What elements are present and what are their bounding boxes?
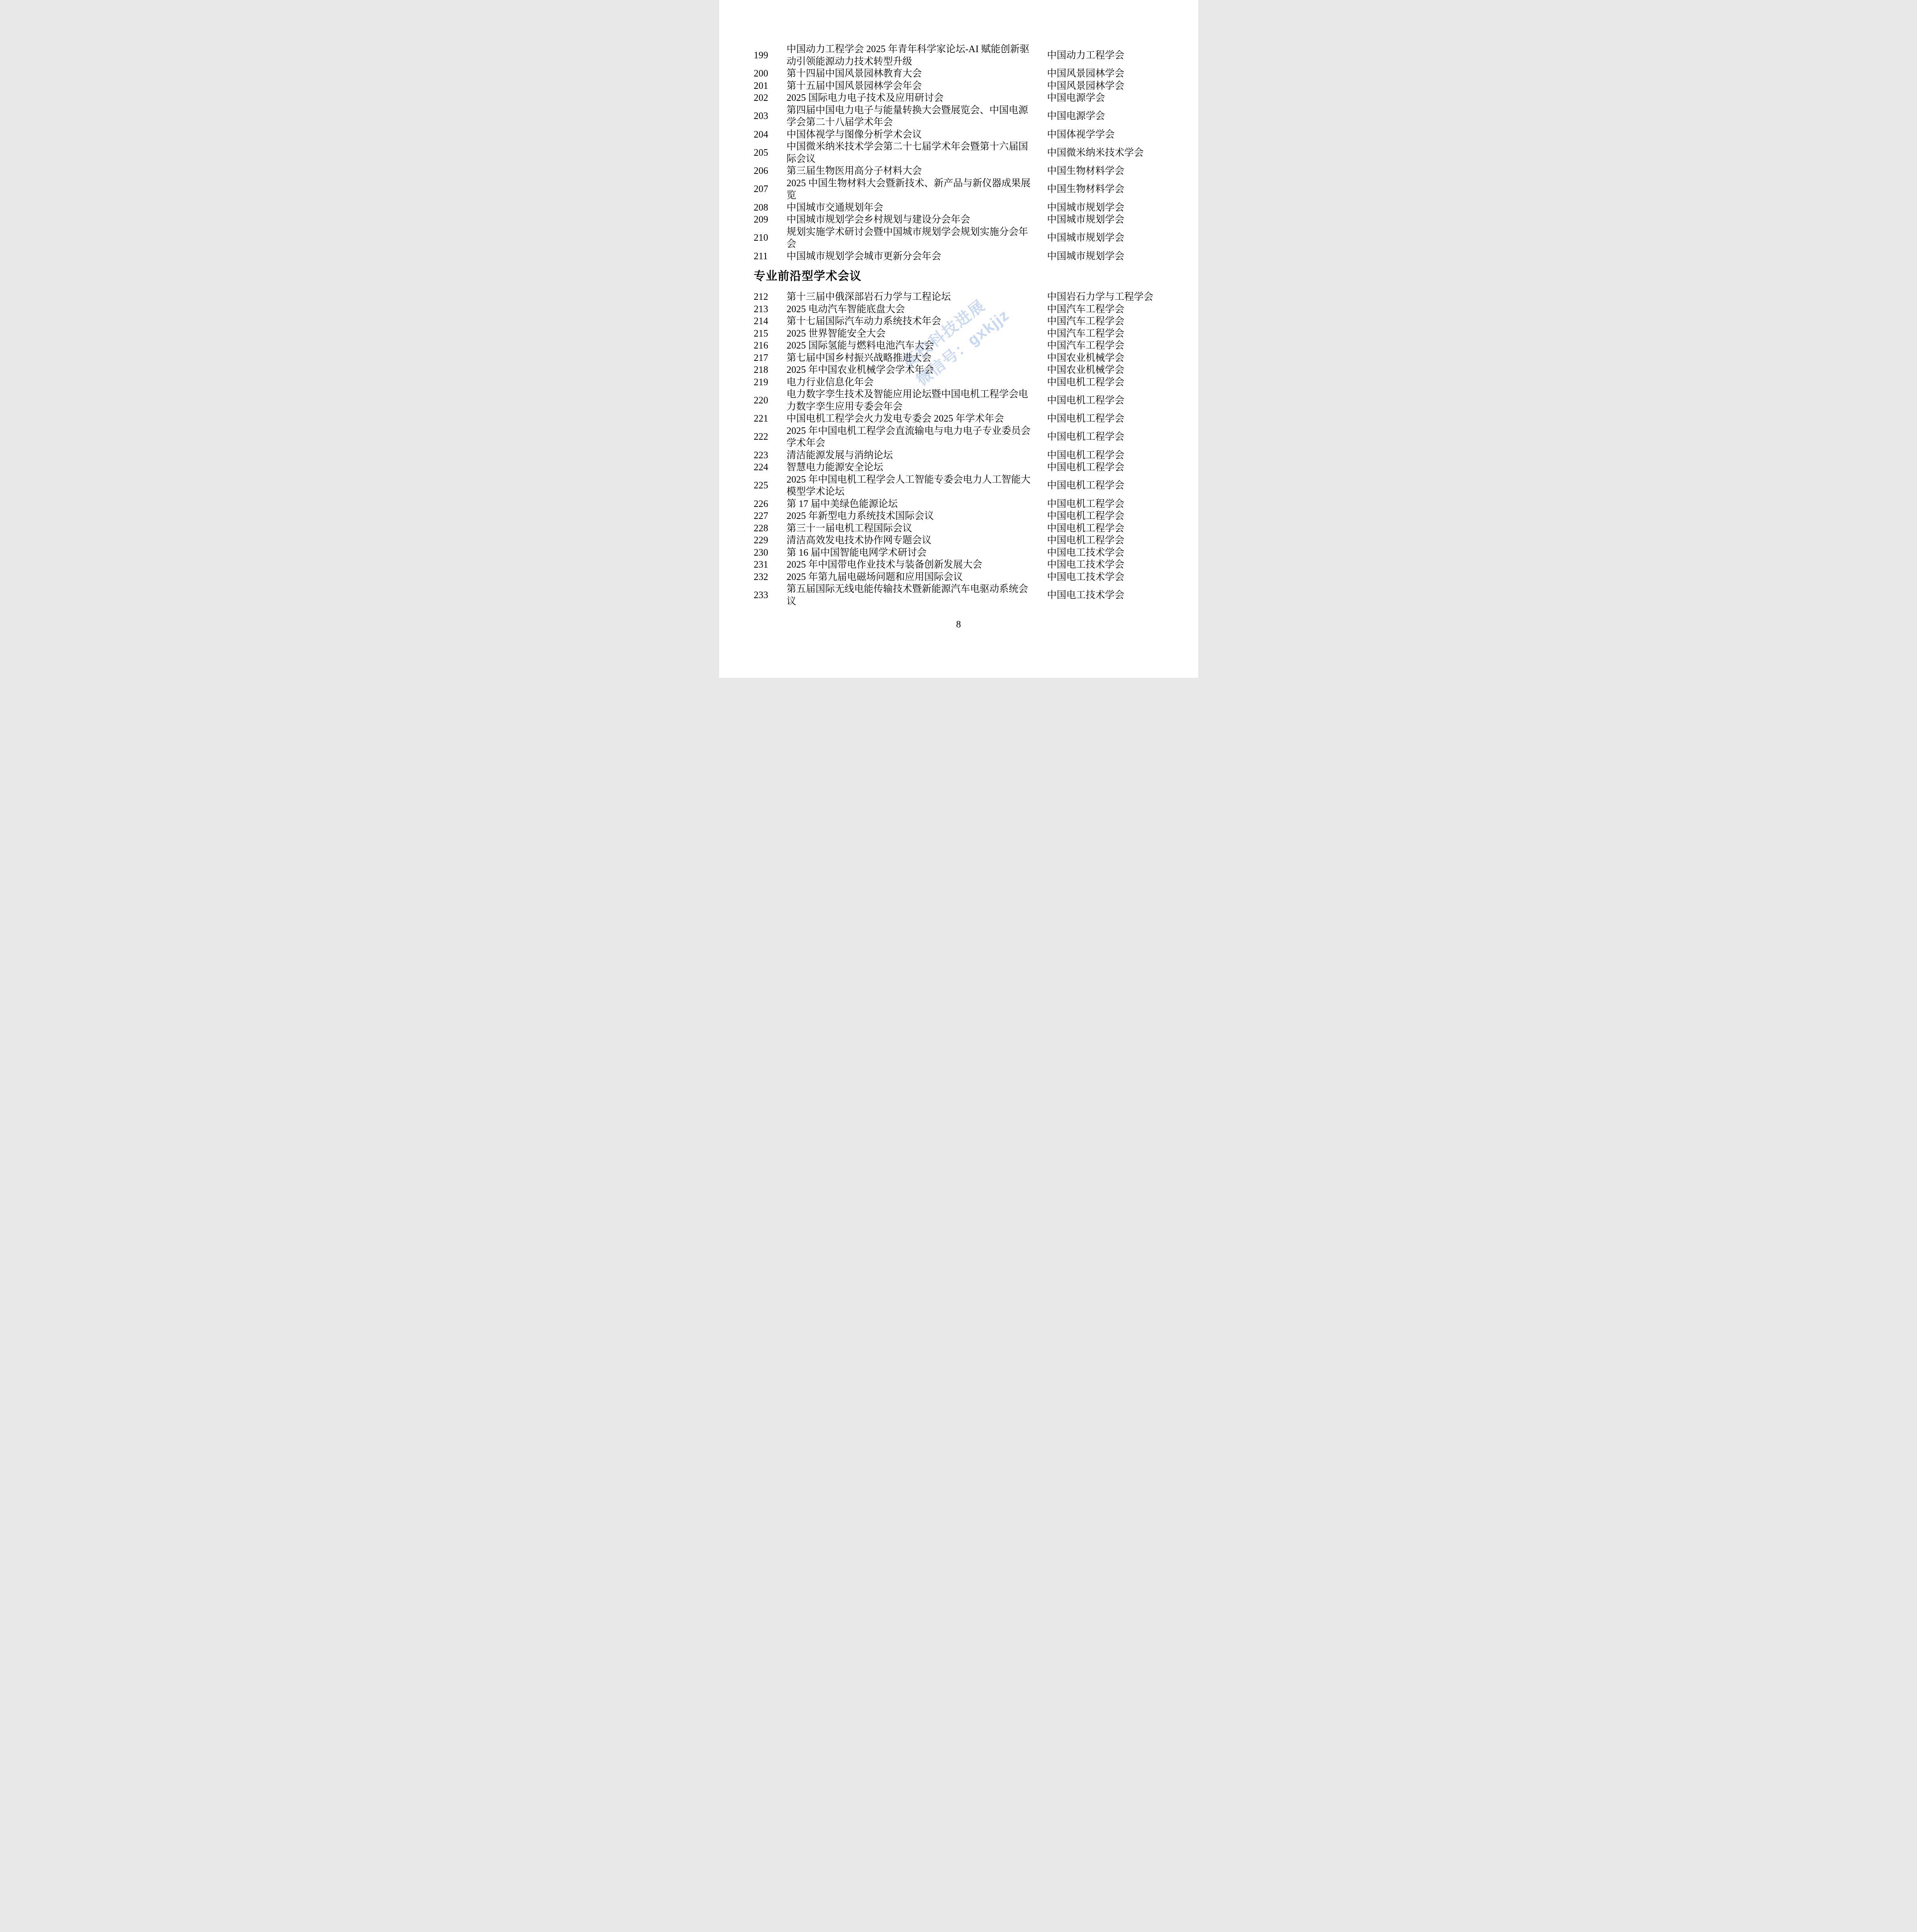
row-number: 204 [754, 129, 787, 141]
organizer-society: 中国风景园林学会 [1047, 80, 1187, 92]
conference-title: 2025 国际氢能与燃料电池汽车大会 [787, 340, 1037, 352]
table-row: 219 电力行业信息化年会 中国电机工程学会 [754, 376, 1187, 389]
row-number: 215 [754, 328, 787, 340]
row-number: 232 [754, 571, 787, 583]
table-row: 221 中国电机工程学会火力发电专委会 2025 年学术年会 中国电机工程学会 [754, 413, 1187, 425]
conference-table: 199 中国动力工程学会 2025 年青年科学家论坛-AI 赋能创新驱动引领能源… [754, 43, 1187, 607]
organizer-society: 中国风景园林学会 [1047, 68, 1187, 80]
organizer-society: 中国汽车工程学会 [1047, 303, 1187, 316]
conference-title: 第 17 届中美绿色能源论坛 [787, 498, 1037, 510]
table-row: 231 2025 年中国带电作业技术与装备创新发展大会 中国电工技术学会 [754, 559, 1187, 571]
row-number: 212 [754, 291, 787, 303]
organizer-society: 中国电机工程学会 [1047, 413, 1187, 425]
organizer-society: 中国电工技术学会 [1047, 547, 1187, 559]
row-number: 213 [754, 303, 787, 316]
conference-title: 智慧电力能源安全论坛 [787, 461, 1037, 474]
document-page: 高校科技进展 微信号：gxkjjz 199 中国动力工程学会 2025 年青年科… [719, 0, 1198, 678]
conference-title: 2025 年中国农业机械学会学术年会 [787, 364, 1037, 376]
conference-title: 第四届中国电力电子与能量转换大会暨展览会、中国电源学会第二十八届学术年会 [787, 104, 1037, 129]
row-number: 230 [754, 547, 787, 559]
row-number: 227 [754, 510, 787, 522]
row-number: 221 [754, 413, 787, 425]
organizer-society: 中国电机工程学会 [1047, 461, 1187, 474]
organizer-society: 中国电机工程学会 [1047, 449, 1187, 462]
conference-title: 2025 年中国电机工程学会人工智能专委会电力人工智能大模型学术论坛 [787, 474, 1037, 498]
row-number: 206 [754, 165, 787, 177]
conference-title: 2025 年中国带电作业技术与装备创新发展大会 [787, 559, 1037, 571]
row-number: 209 [754, 214, 787, 226]
organizer-society: 中国生物材料学会 [1047, 165, 1187, 177]
conference-title: 第五届国际无线电能传输技术暨新能源汽车电驱动系统会议 [787, 583, 1037, 607]
organizer-society: 中国城市规划学会 [1047, 202, 1187, 214]
organizer-society: 中国农业机械学会 [1047, 364, 1187, 376]
table-row: 233 第五届国际无线电能传输技术暨新能源汽车电驱动系统会议 中国电工技术学会 [754, 583, 1187, 607]
row-number: 210 [754, 232, 787, 244]
organizer-society: 中国城市规划学会 [1047, 250, 1187, 263]
conference-title: 2025 中国生物材料大会暨新技术、新产品与新仪器成果展览 [787, 177, 1037, 202]
row-number: 216 [754, 340, 787, 352]
organizer-society: 中国电工技术学会 [1047, 559, 1187, 571]
conference-title: 第十七届国际汽车动力系统技术年会 [787, 315, 1037, 328]
row-number: 229 [754, 534, 787, 547]
table-row: 225 2025 年中国电机工程学会人工智能专委会电力人工智能大模型学术论坛 中… [754, 474, 1187, 498]
conference-title: 第十三届中俄深部岩石力学与工程论坛 [787, 291, 1037, 303]
conference-title: 2025 年第九届电磁场问题和应用国际会议 [787, 571, 1037, 583]
conference-title: 清洁能源发展与消纳论坛 [787, 449, 1037, 462]
organizer-society: 中国体视学学会 [1047, 129, 1187, 141]
conference-title: 电力行业信息化年会 [787, 376, 1037, 389]
row-number: 218 [754, 364, 787, 376]
table-row: 201 第十五届中国风景园林学会年会 中国风景园林学会 [754, 80, 1187, 92]
conference-title: 中国城市交通规划年会 [787, 202, 1037, 214]
organizer-society: 中国城市规划学会 [1047, 232, 1187, 244]
row-number: 200 [754, 68, 787, 80]
table-row: 216 2025 国际氢能与燃料电池汽车大会 中国汽车工程学会 [754, 340, 1187, 352]
table-row: 207 2025 中国生物材料大会暨新技术、新产品与新仪器成果展览 中国生物材料… [754, 177, 1187, 202]
organizer-society: 中国电机工程学会 [1047, 480, 1187, 492]
row-number: 203 [754, 110, 787, 122]
row-number: 205 [754, 147, 787, 159]
organizer-society: 中国电机工程学会 [1047, 498, 1187, 510]
table-row: 210 规划实施学术研讨会暨中国城市规划学会规划实施分会年会 中国城市规划学会 [754, 226, 1187, 250]
table-row: 199 中国动力工程学会 2025 年青年科学家论坛-AI 赋能创新驱动引领能源… [754, 43, 1187, 68]
organizer-society: 中国生物材料学会 [1047, 183, 1187, 196]
table-row: 230 第 16 届中国智能电网学术研讨会 中国电工技术学会 [754, 547, 1187, 559]
page-number: 8 [719, 619, 1198, 631]
organizer-society: 中国电机工程学会 [1047, 522, 1187, 535]
row-number: 219 [754, 376, 787, 389]
organizer-society: 中国电工技术学会 [1047, 571, 1187, 583]
organizer-society: 中国汽车工程学会 [1047, 328, 1187, 340]
table-row: 211 中国城市规划学会城市更新分会年会 中国城市规划学会 [754, 250, 1187, 263]
conference-title: 第 16 届中国智能电网学术研讨会 [787, 547, 1037, 559]
conference-title: 中国城市规划学会城市更新分会年会 [787, 250, 1037, 263]
row-number: 225 [754, 480, 787, 492]
table-row: 232 2025 年第九届电磁场问题和应用国际会议 中国电工技术学会 [754, 571, 1187, 583]
row-number: 201 [754, 80, 787, 92]
conference-title: 2025 电动汽车智能底盘大会 [787, 303, 1037, 316]
row-number: 223 [754, 449, 787, 462]
row-number: 226 [754, 498, 787, 510]
row-number: 228 [754, 522, 787, 535]
organizer-society: 中国汽车工程学会 [1047, 315, 1187, 328]
conference-title: 2025 世界智能安全大会 [787, 328, 1037, 340]
row-number: 220 [754, 395, 787, 407]
table-row: 214 第十七届国际汽车动力系统技术年会 中国汽车工程学会 [754, 315, 1187, 328]
organizer-society: 中国电机工程学会 [1047, 431, 1187, 443]
row-number: 207 [754, 183, 787, 196]
conference-title: 中国动力工程学会 2025 年青年科学家论坛-AI 赋能创新驱动引领能源动力技术… [787, 43, 1037, 68]
table-row: 213 2025 电动汽车智能底盘大会 中国汽车工程学会 [754, 303, 1187, 316]
row-number: 222 [754, 431, 787, 443]
table-row: 203 第四届中国电力电子与能量转换大会暨展览会、中国电源学会第二十八届学术年会… [754, 104, 1187, 129]
table-row: 228 第三十一届电机工程国际会议 中国电机工程学会 [754, 522, 1187, 535]
table-row: 202 2025 国际电力电子技术及应用研讨会 中国电源学会 [754, 92, 1187, 104]
table-row: 222 2025 年中国电机工程学会直流输电与电力电子专业委员会学术年会 中国电… [754, 425, 1187, 449]
conference-title: 第三十一届电机工程国际会议 [787, 522, 1037, 535]
table-row: 229 清洁高效发电技术协作网专题会议 中国电机工程学会 [754, 534, 1187, 547]
organizer-society: 中国电机工程学会 [1047, 376, 1187, 389]
row-number: 233 [754, 589, 787, 602]
organizer-society: 中国城市规划学会 [1047, 214, 1187, 226]
table-row: 212 第十三届中俄深部岩石力学与工程论坛 中国岩石力学与工程学会 [754, 291, 1187, 303]
table-row: 227 2025 年新型电力系统技术国际会议 中国电机工程学会 [754, 510, 1187, 522]
conference-title: 第七届中国乡村振兴战略推进大会 [787, 352, 1037, 364]
table-row: 204 中国体视学与图像分析学术会议 中国体视学学会 [754, 129, 1187, 141]
table-row: 209 中国城市规划学会乡村规划与建设分会年会 中国城市规划学会 [754, 214, 1187, 226]
organizer-society: 中国岩石力学与工程学会 [1047, 291, 1187, 303]
table-row: 220 电力数字孪生技术及智能应用论坛暨中国电机工程学会电力数字孪生应用专委会年… [754, 388, 1187, 413]
row-number: 208 [754, 202, 787, 214]
row-number: 202 [754, 92, 787, 104]
row-number: 214 [754, 315, 787, 328]
conference-title: 中国城市规划学会乡村规划与建设分会年会 [787, 214, 1037, 226]
organizer-society: 中国汽车工程学会 [1047, 340, 1187, 352]
conference-title: 中国微米纳米技术学会第二十七届学术年会暨第十六届国际会议 [787, 141, 1037, 165]
organizer-society: 中国电机工程学会 [1047, 510, 1187, 522]
table-row: 206 第三届生物医用高分子材料大会 中国生物材料学会 [754, 165, 1187, 177]
row-number: 199 [754, 49, 787, 62]
conference-title: 2025 年中国电机工程学会直流输电与电力电子专业委员会学术年会 [787, 425, 1037, 449]
conference-title: 2025 国际电力电子技术及应用研讨会 [787, 92, 1037, 104]
row-number: 217 [754, 352, 787, 364]
organizer-society: 中国电源学会 [1047, 110, 1187, 122]
section-header: 专业前沿型学术会议 [754, 269, 1187, 283]
conference-title: 第三届生物医用高分子材料大会 [787, 165, 1037, 177]
conference-title: 清洁高效发电技术协作网专题会议 [787, 534, 1037, 547]
table-row: 218 2025 年中国农业机械学会学术年会 中国农业机械学会 [754, 364, 1187, 376]
row-number: 211 [754, 250, 787, 263]
organizer-society: 中国微米纳米技术学会 [1047, 147, 1187, 159]
table-row: 226 第 17 届中美绿色能源论坛 中国电机工程学会 [754, 498, 1187, 510]
table-row: 217 第七届中国乡村振兴战略推进大会 中国农业机械学会 [754, 352, 1187, 364]
organizer-society: 中国电工技术学会 [1047, 589, 1187, 602]
conference-title: 中国电机工程学会火力发电专委会 2025 年学术年会 [787, 413, 1037, 425]
table-row: 200 第十四届中国风景园林教育大会 中国风景园林学会 [754, 68, 1187, 80]
row-number: 231 [754, 559, 787, 571]
table-row: 223 清洁能源发展与消纳论坛 中国电机工程学会 [754, 449, 1187, 462]
conference-title: 第十五届中国风景园林学会年会 [787, 80, 1037, 92]
organizer-society: 中国电机工程学会 [1047, 395, 1187, 407]
table-row: 215 2025 世界智能安全大会 中国汽车工程学会 [754, 328, 1187, 340]
conference-title: 电力数字孪生技术及智能应用论坛暨中国电机工程学会电力数字孪生应用专委会年会 [787, 388, 1037, 413]
conference-title: 中国体视学与图像分析学术会议 [787, 129, 1037, 141]
organizer-society: 中国电机工程学会 [1047, 534, 1187, 547]
conference-title: 2025 年新型电力系统技术国际会议 [787, 510, 1037, 522]
table-row: 208 中国城市交通规划年会 中国城市规划学会 [754, 202, 1187, 214]
table-row: 224 智慧电力能源安全论坛 中国电机工程学会 [754, 461, 1187, 474]
organizer-society: 中国电源学会 [1047, 92, 1187, 104]
table-row: 205 中国微米纳米技术学会第二十七届学术年会暨第十六届国际会议 中国微米纳米技… [754, 141, 1187, 165]
conference-title: 规划实施学术研讨会暨中国城市规划学会规划实施分会年会 [787, 226, 1037, 250]
row-number: 224 [754, 461, 787, 474]
organizer-society: 中国动力工程学会 [1047, 49, 1187, 62]
organizer-society: 中国农业机械学会 [1047, 352, 1187, 364]
conference-title: 第十四届中国风景园林教育大会 [787, 68, 1037, 80]
